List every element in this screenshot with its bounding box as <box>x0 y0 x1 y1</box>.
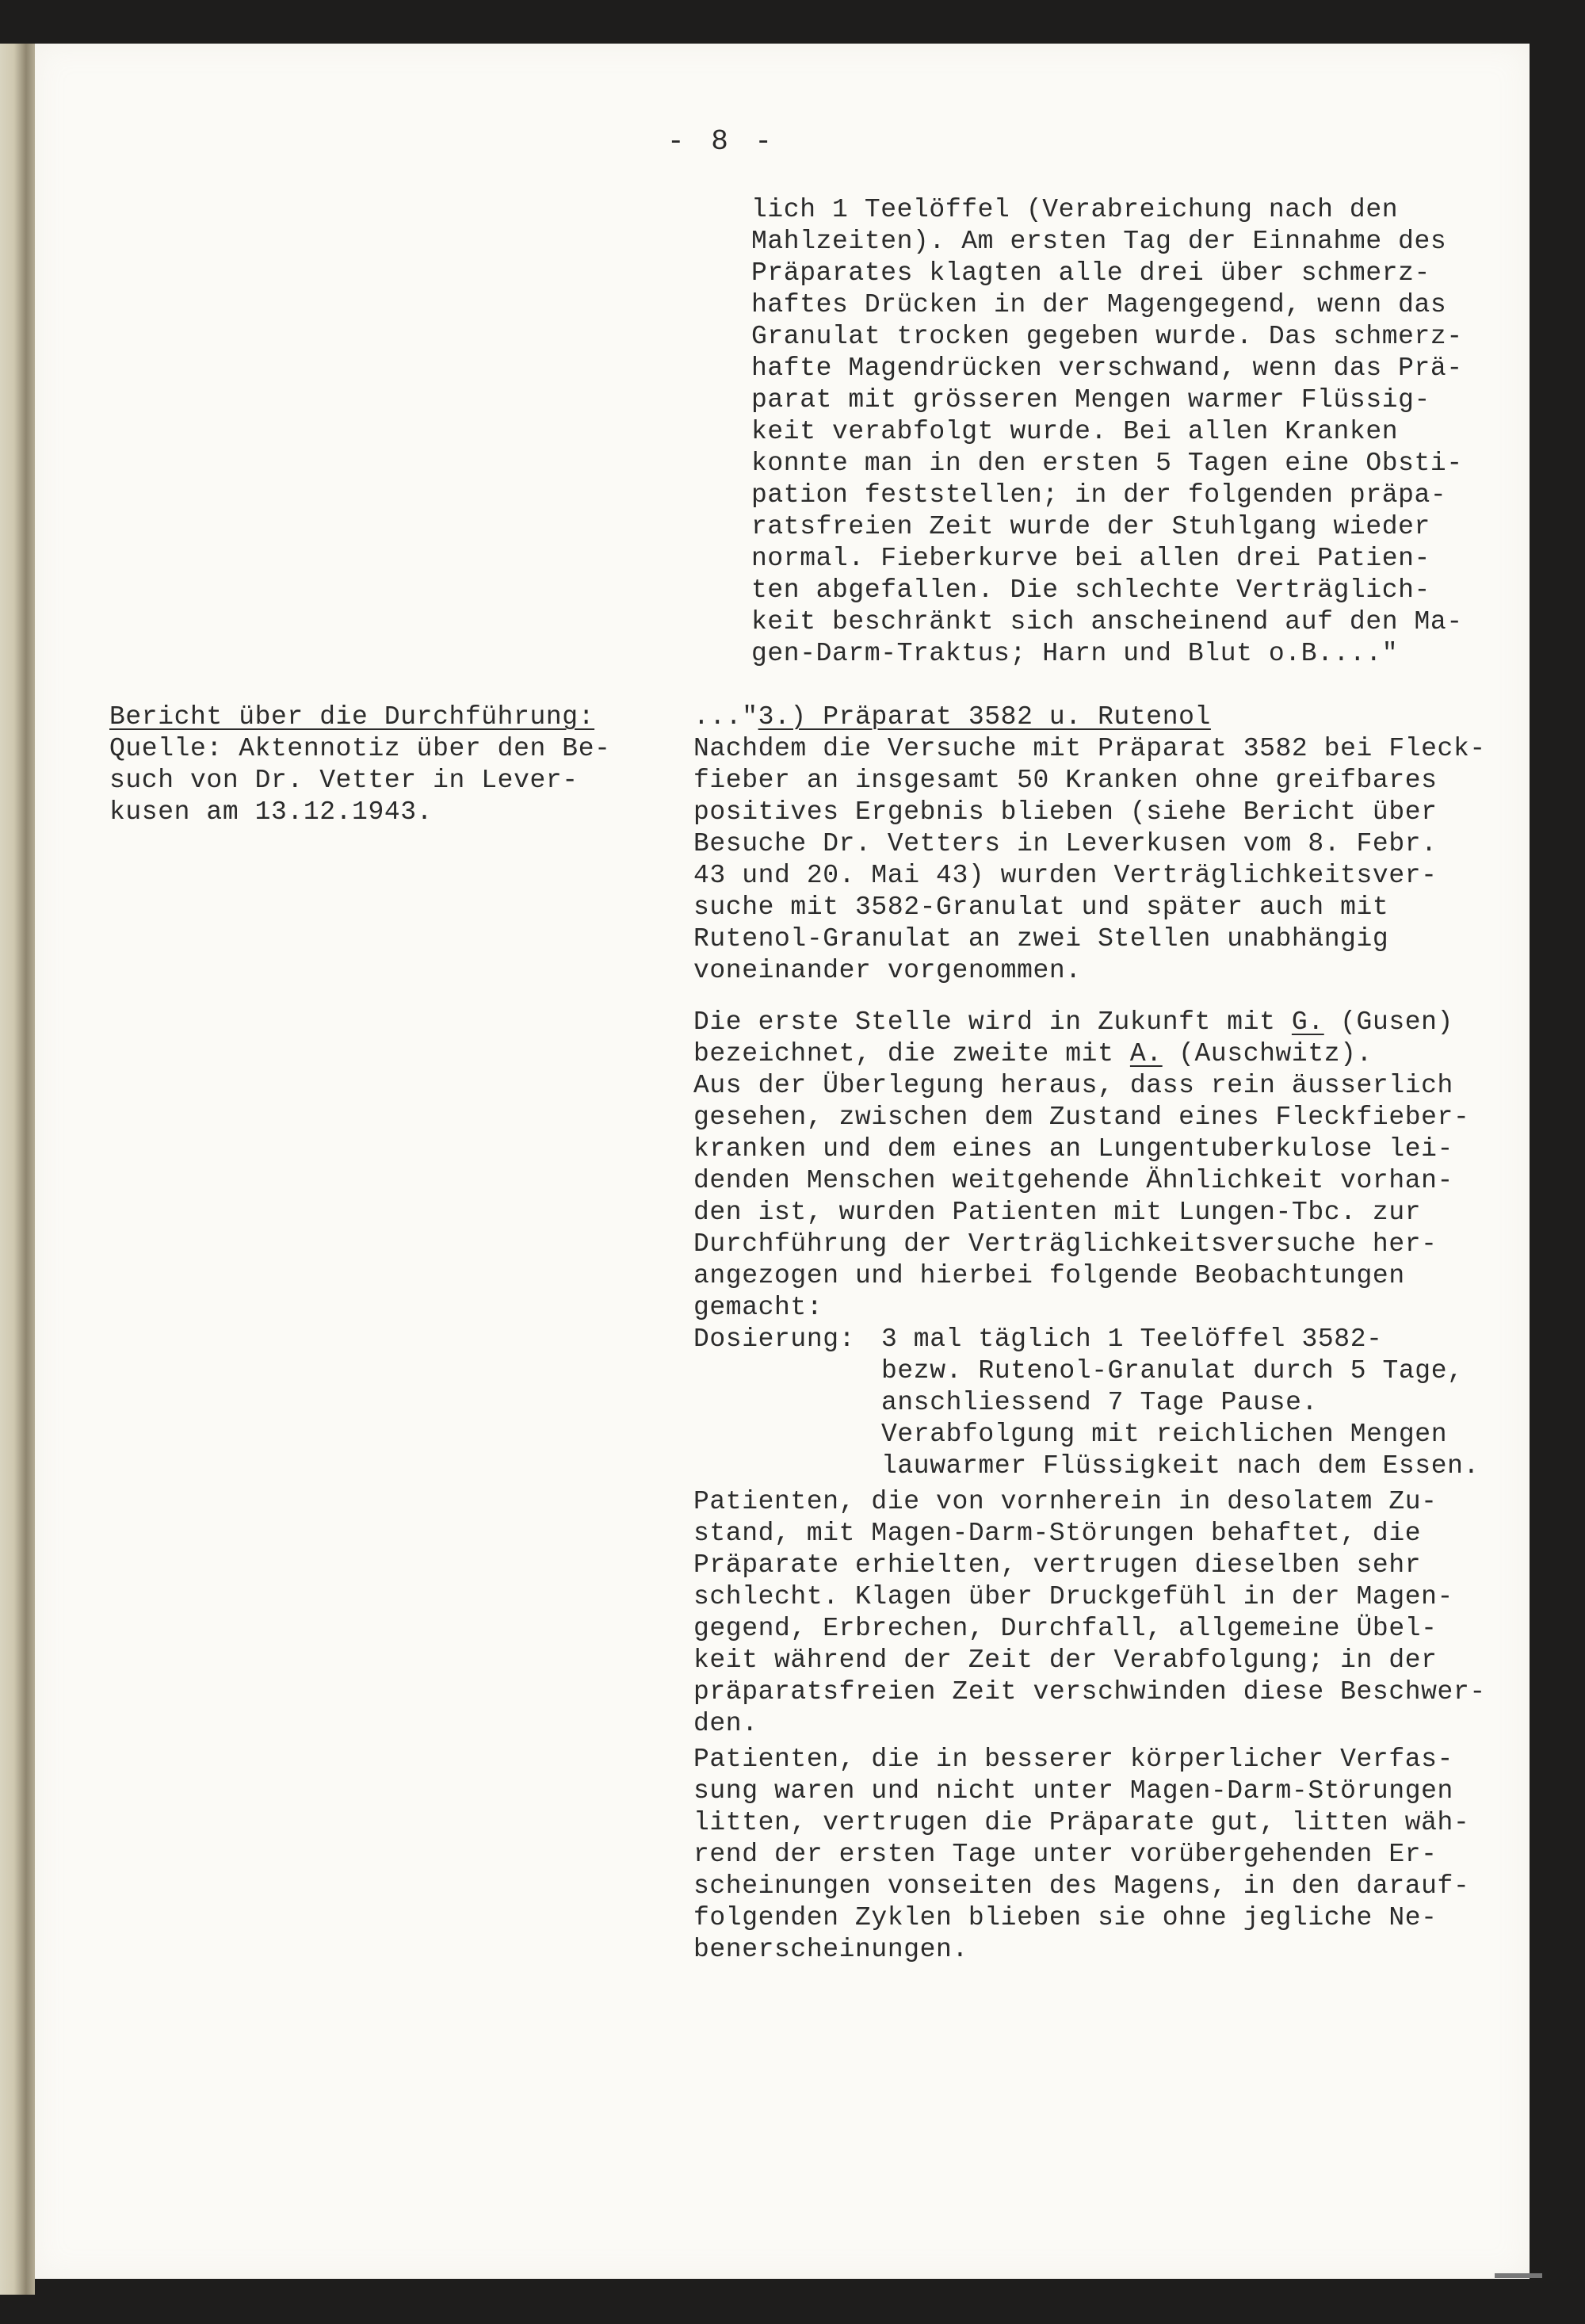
text-line: suche mit 3582-Granulat und später auch … <box>693 892 1388 923</box>
text-line: rend der ersten Tage unter vorübergehend… <box>693 1839 1438 1871</box>
text-line: haftes Drücken in der Magengegend, wenn … <box>751 289 1446 321</box>
margin-note-line: kusen am 13.12.1943. <box>109 797 433 828</box>
text-line: sung waren und nicht unter Magen-Darm-St… <box>693 1775 1453 1807</box>
text-line: gemacht: <box>693 1292 823 1324</box>
text-line: normal. Fieberkurve bei allen drei Patie… <box>751 543 1430 575</box>
text-line: lich 1 Teelöffel (Verabreichung nach den <box>751 194 1398 226</box>
text-line: Rutenol-Granulat an zwei Stellen unabhän… <box>693 923 1388 955</box>
text-line: voneinander vorgenommen. <box>693 955 1082 987</box>
dosage-line: anschliessend 7 Tage Pause. <box>881 1387 1318 1419</box>
text-line: keit während der Zeit der Verabfolgung; … <box>693 1645 1438 1676</box>
text-span: Die erste Stelle wird in Zukunft mit <box>693 1007 1292 1037</box>
text-line: gegend, Erbrechen, Durchfall, allgemeine… <box>693 1613 1438 1645</box>
text-line: fieber an insgesamt 50 Kranken ohne grei… <box>693 765 1438 797</box>
text-line: litten, vertrugen die Präparate gut, lit… <box>693 1807 1469 1839</box>
abbrev-g: G. <box>1292 1007 1324 1037</box>
text-line: gesehen, zwischen dem Zustand eines Flec… <box>693 1102 1469 1133</box>
text-line: folgenden Zyklen blieben sie ohne jeglic… <box>693 1902 1438 1934</box>
margin-note-line: such von Dr. Vetter in Lever- <box>109 765 579 797</box>
section-heading: 3.) Präparat 3582 u. Rutenol <box>758 702 1211 732</box>
margin-note-heading: Bericht über die Durchführung: <box>109 701 594 733</box>
text-line: 43 und 20. Mai 43) wurden Verträglichkei… <box>693 860 1438 892</box>
text-line: schlecht. Klagen über Druckgefühl in der… <box>693 1581 1453 1613</box>
abbrev-a: A. <box>1130 1039 1163 1068</box>
text-line: Patienten, die in besserer körperlicher … <box>693 1744 1453 1775</box>
text-line: scheinungen vonseiten des Magens, in den… <box>693 1871 1469 1902</box>
text-line: kranken und dem eines an Lungentuberkulo… <box>693 1133 1453 1165</box>
text-line: Präparates klagten alle drei über schmer… <box>751 258 1430 289</box>
text-span: bezeichnet, die zweite mit <box>693 1039 1130 1068</box>
text-span: (Auschwitz). <box>1163 1039 1373 1068</box>
margin-note-line: Quelle: Aktennotiz über den Be- <box>109 733 611 765</box>
text-line: den. <box>693 1708 758 1740</box>
text-line: Aus der Überlegung heraus, dass rein äus… <box>693 1070 1453 1102</box>
text-line: gen-Darm-Traktus; Harn und Blut o.B...." <box>751 638 1398 670</box>
dosage-line: 3 mal täglich 1 Teelöffel 3582- <box>881 1324 1383 1355</box>
text-line: Präparate erhielten, vertrugen dieselben… <box>693 1550 1421 1581</box>
dosage-line: bezw. Rutenol-Granulat durch 5 Tage, <box>881 1355 1464 1387</box>
previous-page-edge <box>0 44 35 2295</box>
dosage-label: Dosierung: <box>693 1324 855 1355</box>
text-line: Die erste Stelle wird in Zukunft mit G. … <box>693 1007 1453 1038</box>
text-line: denden Menschen weitgehende Ähnlichkeit … <box>693 1165 1453 1197</box>
dosage-line: lauwarmer Flüssigkeit nach dem Essen. <box>881 1451 1480 1482</box>
text-line: pation feststellen; in der folgenden prä… <box>751 480 1446 511</box>
text-line: keit verabfolgt wurde. Bei allen Kranken <box>751 416 1398 448</box>
text-line: präparatsfreien Zeit verschwinden diese … <box>693 1676 1486 1708</box>
text-line: den ist, wurden Patienten mit Lungen-Tbc… <box>693 1197 1421 1229</box>
text-line: stand, mit Magen-Darm-Störungen behaftet… <box>693 1518 1421 1550</box>
text-line: Durchführung der Verträglichkeitsversuch… <box>693 1229 1438 1260</box>
text-line: Patienten, die von vornherein in desolat… <box>693 1486 1438 1518</box>
text-line: konnte man in den ersten 5 Tagen eine Ob… <box>751 448 1463 480</box>
text-line: angezogen und hierbei folgende Beobachtu… <box>693 1260 1405 1292</box>
quote-prefix: ..." <box>693 702 758 732</box>
text-line: ten abgefallen. Die schlechte Verträglic… <box>751 575 1430 606</box>
text-line: Granulat trocken gegeben wurde. Das schm… <box>751 321 1463 353</box>
text-line: ratsfreien Zeit wurde der Stuhlgang wied… <box>751 511 1430 543</box>
page-number: - 8 - <box>667 125 777 158</box>
section-heading-line: ..."3.) Präparat 3582 u. Rutenol <box>693 701 1211 733</box>
archive-stamp <box>1495 2273 1542 2278</box>
text-line: Mahlzeiten). Am ersten Tag der Einnahme … <box>751 226 1446 258</box>
text-line: bezeichnet, die zweite mit A. (Auschwitz… <box>693 1038 1373 1070</box>
text-line: benerscheinungen. <box>693 1934 968 1966</box>
text-line: positives Ergebnis blieben (siehe Berich… <box>693 797 1438 828</box>
text-line: keit beschränkt sich anscheinend auf den… <box>751 606 1463 638</box>
text-line: Besuche Dr. Vetters in Leverkusen vom 8.… <box>693 828 1438 860</box>
text-line: parat mit grösseren Mengen warmer Flüssi… <box>751 384 1430 416</box>
text-line: Nachdem die Versuche mit Präparat 3582 b… <box>693 733 1486 765</box>
dosage-line: Verabfolgung mit reichlichen Mengen <box>881 1419 1447 1451</box>
text-line: hafte Magendrücken verschwand, wenn das … <box>751 353 1463 384</box>
text-span: (Gusen) <box>1324 1007 1453 1037</box>
